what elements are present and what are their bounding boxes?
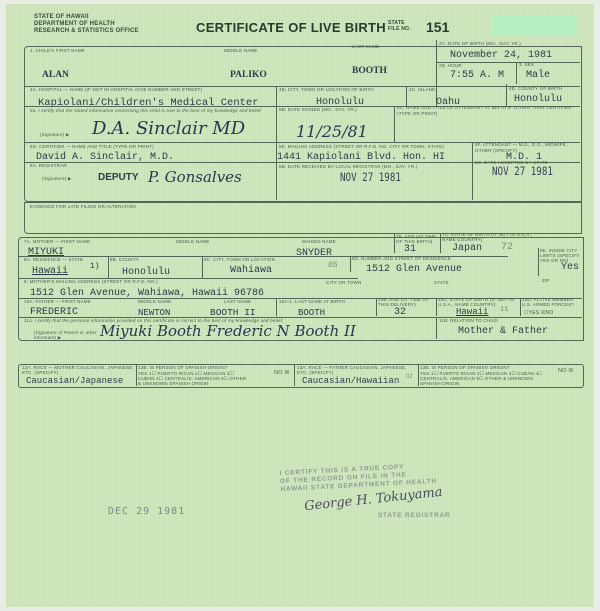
father-race-code: 02 (406, 374, 413, 380)
file-no-label: STATE FILE NO. (388, 20, 411, 32)
mother-city: Wahiawa (230, 265, 272, 276)
mother-city-or-town-label: CITY OR TOWN (326, 280, 361, 285)
mother-middle-name-label: MIDDLE NAME (176, 239, 209, 244)
hour-label: 2b. HOUR (439, 63, 462, 68)
father-race-label: 13a. RACE — FATHER CAUCASIAN, JAPANESE, … (297, 365, 407, 375)
father-age-label: 10b. AGE (AT TIME OF THIS DELIVERY) (378, 297, 434, 307)
mother-birthplace-label: 7c. STATE OF BIRTH (IF NOT IN U.S.A., NA… (442, 232, 542, 242)
divider (440, 233, 441, 253)
certifier-name-label: 5d. CERTIFIER — NAME AND TITLE (TYPE OR … (30, 144, 154, 149)
father-spanish-origin-no: NO ☒ (558, 368, 574, 374)
island-label: 4c. ISLAND (409, 87, 436, 92)
divider (516, 62, 517, 84)
relation-label: 11b. RELATION TO CHILD (439, 318, 498, 323)
father-spanish-origin-label: 13b. IS PERSON OF SPANISH ORIGIN? (420, 365, 510, 370)
mother-zip-label: ZIP (542, 278, 550, 283)
child-last-name-label: LAST NAME (352, 44, 379, 49)
agency-line-3: RESEARCH & STATISTICS OFFICE (34, 28, 139, 35)
agency-line-1: STATE OF HAWAII (34, 14, 139, 21)
mother-spanish-origin-label: 12b. IS PERSON OF SPANISH ORIGIN? (138, 365, 228, 370)
child-first-name: ALAN (42, 70, 69, 80)
mother-street: 1512 Glen Avenue (366, 264, 462, 275)
mother-residence-state-label: 8a. RESIDENCE — STATE (24, 257, 83, 262)
divider (276, 298, 277, 316)
certifier-signature-label: (Signature) ▶ (40, 132, 70, 138)
divider (394, 233, 395, 253)
mother-age: 31 (404, 244, 416, 255)
mother-county-label: 8b. COUNTY (110, 257, 139, 262)
child-middle-name-label: MIDDLE NAME (224, 48, 257, 53)
certifier-signature: D.A. Sinclair MD (92, 118, 245, 139)
certify-statement: 5a. I certify that the stated informatio… (30, 108, 270, 114)
relation-to-child: Mother & Father (458, 326, 548, 337)
redacted-area (492, 16, 578, 36)
date-accepted: NOV 27 1981 (492, 164, 553, 178)
date-received-label: 6b. DATE RECEIVED BY LOCAL REGISTRAR (MO… (279, 164, 417, 169)
divider (406, 86, 407, 106)
divider (376, 298, 377, 316)
armed-forces-value: ☐YES ☒NO (524, 310, 553, 316)
father-last-name-birth-label: 10a-1. LAST NAME AT BIRTH (279, 299, 345, 304)
divider (418, 364, 419, 386)
sex: Male (526, 70, 550, 81)
mother-first-name-label: 7a. MOTHER — FIRST NAME (24, 239, 90, 244)
mother-residence-state-code: 1) (90, 262, 100, 271)
divider (350, 256, 351, 272)
child-first-name-label: 1. CHILD'S FIRST NAME (30, 48, 85, 53)
divider (108, 256, 109, 278)
mother-maiden-name-label: MAIDEN NAME (302, 239, 336, 244)
divider (538, 248, 539, 276)
date-received: NOV 27 1981 (340, 170, 401, 184)
informant-signature-label: (Signature of Parent or other informant)… (34, 330, 98, 340)
divider (394, 106, 395, 142)
evidence-label: EVIDENCE FOR LATE FILING OR ALTERATION (30, 204, 136, 209)
mother-county: Honolulu (122, 267, 170, 278)
mother-spanish-origin-no: NO ☒ (274, 370, 290, 376)
document-title: CERTIFICATE OF LIVE BIRTH (196, 20, 386, 35)
mother-maiden-name: SNYDER (296, 248, 332, 259)
mother-city-code: 05 (328, 261, 338, 270)
child-middle-name: PALIKO (230, 70, 267, 80)
agency-line-2: DEPARTMENT OF HEALTH (34, 21, 139, 28)
attendant-name-label: 5c. NAME AND TITLE OF ATTENDANT AT BIRTH… (397, 105, 577, 116)
mother-birthplace-code: 72 (501, 242, 513, 253)
mother-birthplace: Japan (452, 243, 482, 254)
hospital-label: 4a. HOSPITAL — NAME (IF NOT IN HOSPITAL … (30, 87, 202, 92)
sex-label: 3. SEX (519, 62, 534, 67)
divider (294, 364, 295, 386)
date-signed-label: 5b. DATE SIGNED (MO., DAY, YR.) (279, 107, 357, 112)
birth-city-label: 4b. CITY, TOWN OR LOCATION OF BIRTH (279, 87, 374, 92)
county-label: 4d. COUNTY OF BIRTH (509, 86, 562, 91)
birth-certificate: STATE OF HAWAII DEPARTMENT OF HEALTH RES… (6, 4, 594, 607)
hour-of-birth: 7:55 A. M (450, 70, 504, 81)
divider (436, 298, 437, 316)
mother-race-label: 12a. RACE — MOTHER CAUCASIAN, JAPANESE, … (22, 365, 134, 375)
mother-mailing-label: 9. MOTHER'S MAILING ADDRESS (STREET OR R… (24, 279, 158, 284)
inside-city-label: 8e. INSIDE CITY LIMITS (SPECIFY YES OR N… (540, 248, 580, 263)
divider (276, 86, 277, 200)
mother-residence-state: Hawaii (32, 266, 68, 277)
divider (136, 364, 137, 386)
mother-city-label: 8c. CITY, TOWN OR LOCATION (204, 257, 275, 262)
mother-street-label: 8d. NUMBER AND STREET OF RESIDENCE (352, 256, 451, 261)
date-of-birth: November 24, 1981 (450, 50, 552, 61)
father-birthplace: Hawaii (456, 307, 488, 317)
county: Honolulu (514, 94, 562, 105)
father-first-name-label: 10a. FATHER — FIRST NAME (24, 299, 91, 304)
mother-age-label: 7b. AGE (AT TIME OF THIS BIRTH) (396, 234, 440, 244)
inside-city: Yes (561, 262, 579, 273)
certifier-mailing-label: 5e. MAILING ADDRESS (STREET OR R.F.D. NO… (279, 144, 444, 149)
divider (436, 317, 437, 339)
father-middle-name-label: MIDDLE NAME (138, 299, 171, 304)
mother-state-label: STATE (434, 280, 449, 285)
child-last-name: BOOTH (352, 66, 387, 76)
dob-label: 2a. DATE OF BIRTH (MO., DAY, YR.) (439, 41, 521, 46)
mother-spanish-origin-options: YES 1☐ PUERTO RICAN 2☐ MEXICAN 3☐ CUBAN … (138, 371, 248, 386)
agency-header: STATE OF HAWAII DEPARTMENT OF HEALTH RES… (34, 14, 139, 35)
father-birthplace-code: 11 (500, 306, 508, 314)
file-no-label-2: FILE NO. (388, 26, 411, 32)
registrar-signature-label: (Signature) ▶ (42, 176, 72, 182)
state-registrar-title: STATE REGISTRAR (378, 512, 450, 520)
father-spanish-origin-options: YES 1☐ PUERTO RICAN 2☐ MEXICAN 3☐ CUBAN … (420, 371, 550, 386)
registrar-signature: P. Gonsalves (148, 168, 242, 186)
date-signed: 11/25/81 (296, 122, 368, 141)
father-race: Caucasian/Hawaiian (302, 376, 399, 386)
file-number: 151 (426, 19, 449, 35)
mother-race: Caucasian/Japanese (26, 376, 123, 386)
registrar-title: DEPUTY (98, 172, 139, 183)
divider (202, 256, 203, 278)
father-last-name-label: LAST NAME (224, 299, 251, 304)
divider (520, 298, 521, 316)
issue-date-stamp: DEC 29 1981 (108, 506, 185, 517)
divider (506, 84, 507, 106)
armed-forces-label: 10d. ACTIVE MEMBER U.S. ARMED FORCES? (522, 297, 582, 307)
informant-signature: Miyuki Booth Frederic N Booth II (100, 322, 356, 340)
registrar-label: 6a. REGISTRAR (30, 163, 67, 168)
divider (472, 142, 473, 200)
